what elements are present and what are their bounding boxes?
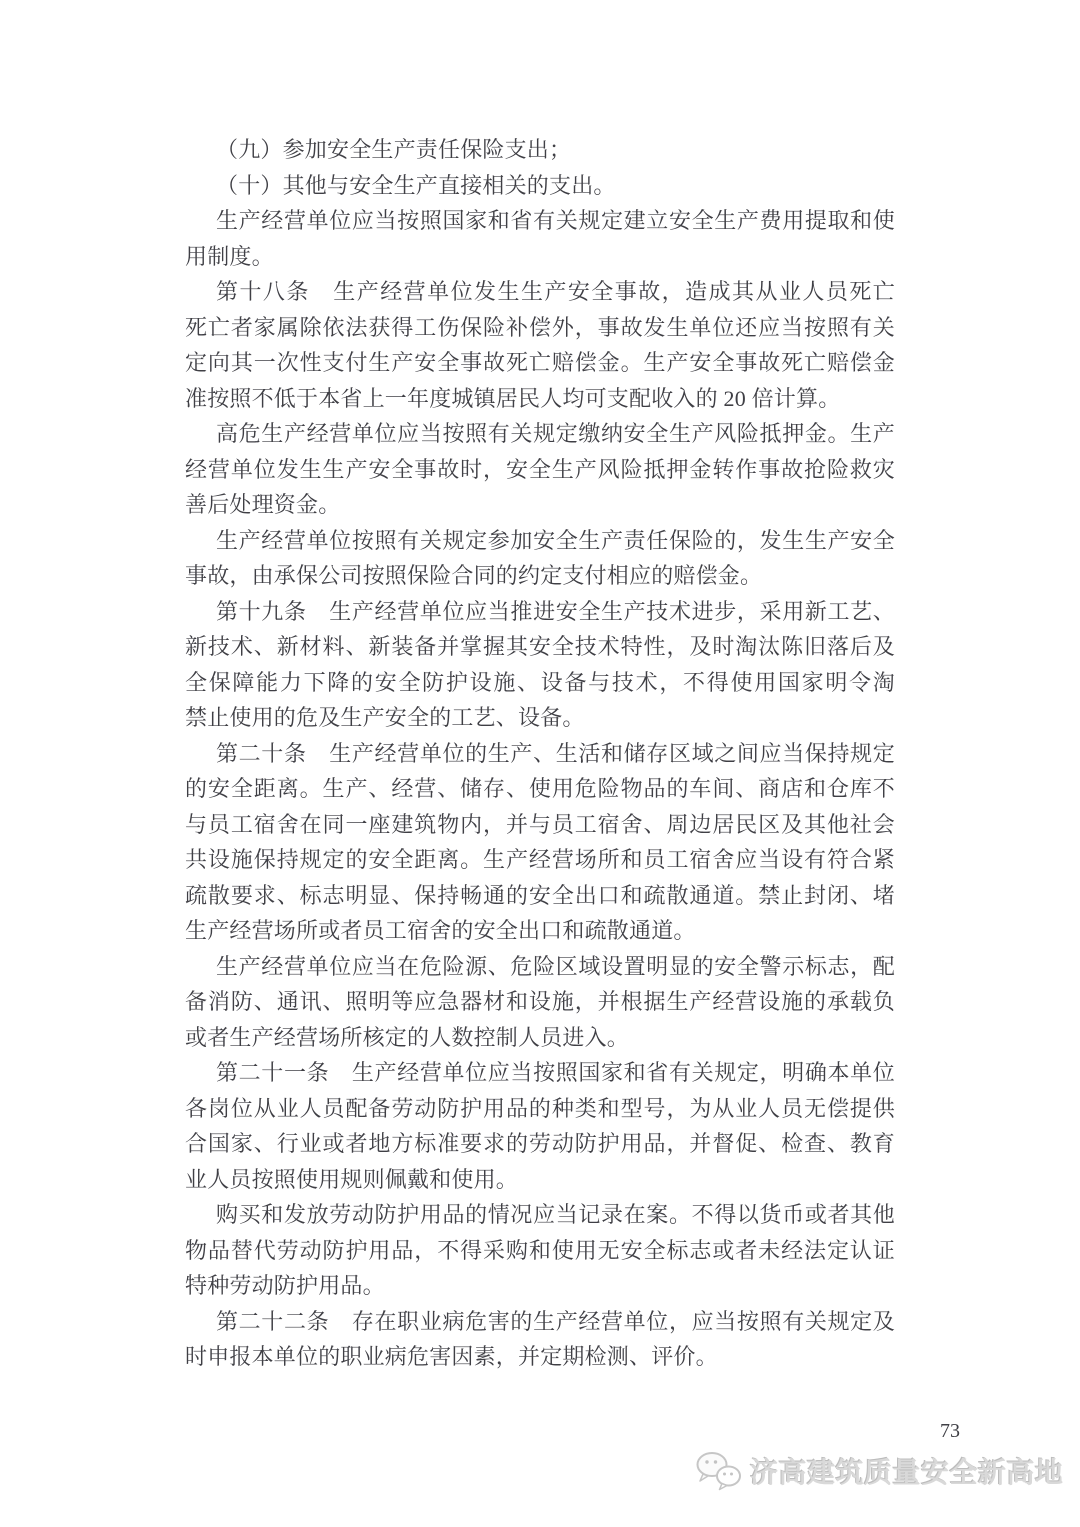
- text-line: 第二十一条 生产经营单位应当按照国家和省有关规定，明确本单位: [185, 1055, 895, 1091]
- document-body: （九）参加安全生产责任保险支出；（十）其他与安全生产直接相关的支出。生产经营单位…: [185, 132, 895, 1375]
- page-number: 73: [922, 1420, 978, 1443]
- wechat-icon: [693, 1450, 745, 1492]
- text-line: 物品替代劳动防护用品，不得采购和使用无安全标志或者未经法定认证的: [185, 1233, 895, 1269]
- text-line: 新技术、新材料、新装备并掌握其安全技术特性，及时淘汰陈旧落后及安: [185, 629, 895, 665]
- text-line: 业人员按照使用规则佩戴和使用。: [185, 1162, 895, 1198]
- text-line: 第二十二条 存在职业病危害的生产经营单位，应当按照有关规定及: [185, 1304, 895, 1340]
- text-line: 善后处理资金。: [185, 487, 895, 523]
- text-line: 购买和发放劳动防护用品的情况应当记录在案。不得以货币或者其他: [185, 1197, 895, 1233]
- text-line: 各岗位从业人员配备劳动防护用品的种类和型号，为从业人员无偿提供符: [185, 1091, 895, 1127]
- text-line: 经营单位发生生产安全事故时，安全生产风险抵押金转作事故抢险救灾和: [185, 452, 895, 488]
- text-line: 生产经营场所或者员工宿舍的安全出口和疏散通道。: [185, 913, 895, 949]
- text-line: 或者生产经营场所核定的人数控制人员进入。: [185, 1020, 895, 1056]
- text-line: 生产经营单位应当在危险源、危险区域设置明显的安全警示标志，配: [185, 949, 895, 985]
- watermark-text: 济高建筑质量安全新高地: [750, 1451, 1064, 1491]
- text-line: 准按照不低于本省上一年度城镇居民人均可支配收入的 20 倍计算。: [185, 381, 895, 417]
- text-line: 生产经营单位应当按照国家和省有关规定建立安全生产费用提取和使: [185, 203, 895, 239]
- text-line: 事故，由承保公司按照保险合同的约定支付相应的赔偿金。: [185, 558, 895, 594]
- watermark: 济高建筑质量安全新高地: [693, 1450, 1064, 1492]
- text-line: 第十九条 生产经营单位应当推进安全生产技术进步，采用新工艺、: [185, 594, 895, 630]
- text-line: 第十八条 生产经营单位发生生产安全事故，造成其从业人员死亡的，: [185, 274, 895, 310]
- text-line: 备消防、通讯、照明等应急器材和设施，并根据生产经营设施的承载负荷: [185, 984, 895, 1020]
- text-line: 共设施保持规定的安全距离。生产经营场所和员工宿舍应当设有符合紧急: [185, 842, 895, 878]
- text-line: 疏散要求、标志明显、保持畅通的安全出口和疏散通道。禁止封闭、堵塞: [185, 878, 895, 914]
- text-line: （九）参加安全生产责任保险支出；: [185, 132, 895, 168]
- text-line: 死亡者家属除依法获得工伤保险补偿外，事故发生单位还应当按照有关规: [185, 310, 895, 346]
- text-line: 定向其一次性支付生产安全事故死亡赔偿金。生产安全事故死亡赔偿金标: [185, 345, 895, 381]
- text-line: 特种劳动防护用品。: [185, 1268, 895, 1304]
- text-line: 全保障能力下降的安全防护设施、设备与技术，不得使用国家明令淘汰、: [185, 665, 895, 701]
- text-line: 高危生产经营单位应当按照有关规定缴纳安全生产风险抵押金。生产: [185, 416, 895, 452]
- text-line: 第二十条 生产经营单位的生产、生活和储存区域之间应当保持规定: [185, 736, 895, 772]
- text-line: 的安全距离。生产、经营、储存、使用危险物品的车间、商店和仓库不得: [185, 771, 895, 807]
- text-line: 禁止使用的危及生产安全的工艺、设备。: [185, 700, 895, 736]
- document-page: （九）参加安全生产责任保险支出；（十）其他与安全生产直接相关的支出。生产经营单位…: [0, 0, 1080, 1527]
- text-line: 合国家、行业或者地方标准要求的劳动防护用品，并督促、检查、教育从: [185, 1126, 895, 1162]
- text-line: 生产经营单位按照有关规定参加安全生产责任保险的，发生生产安全: [185, 523, 895, 559]
- text-line: 与员工宿舍在同一座建筑物内，并与员工宿舍、周边居民区及其他社会公: [185, 807, 895, 843]
- text-line: （十）其他与安全生产直接相关的支出。: [185, 168, 895, 204]
- text-line: 时申报本单位的职业病危害因素，并定期检测、评价。: [185, 1339, 895, 1375]
- text-line: 用制度。: [185, 239, 895, 275]
